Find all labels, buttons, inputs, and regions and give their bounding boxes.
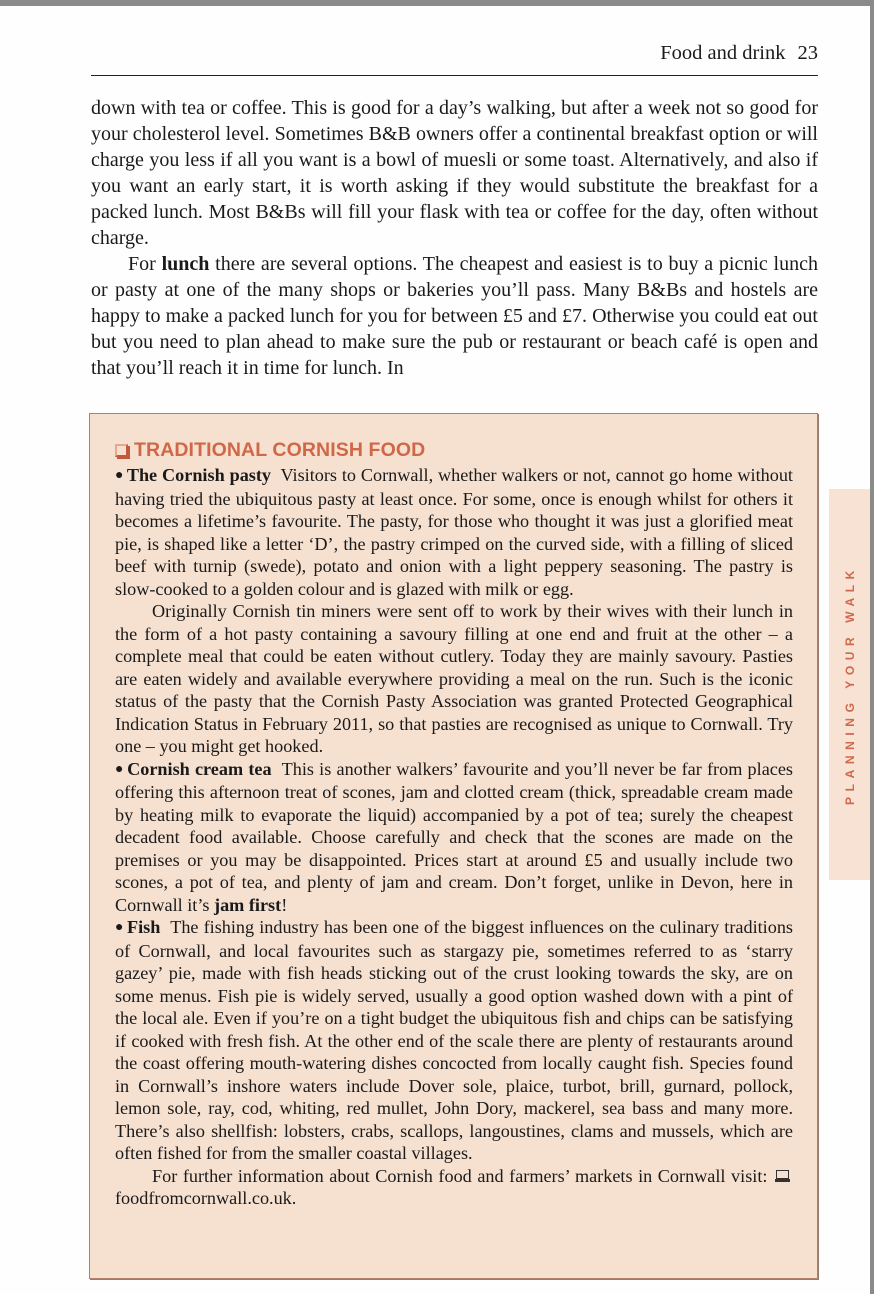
paragraph-lunch: For lunch there are several options. The… [91, 251, 818, 381]
entry-heading: The Cornish pasty [127, 465, 271, 485]
computer-icon [775, 1170, 790, 1183]
viewer-right-border [870, 0, 874, 1294]
lunch-bold: lunch [162, 253, 210, 275]
bullet-icon: ● [115, 762, 124, 777]
header-rule [91, 75, 818, 76]
main-body-text: down with tea or coffee. This is good fo… [91, 95, 818, 381]
entry-heading: Cornish cream tea [127, 759, 271, 779]
paragraph-breakfast: down with tea or coffee. This is good fo… [91, 95, 818, 251]
section-thumb-tab: PLANNING YOUR WALK [829, 489, 870, 880]
section-tab-label: PLANNING YOUR WALK [843, 565, 857, 805]
entry-fish: ●Fish The fishing industry has been one … [115, 916, 793, 1165]
entry-cornish-pasty: ●The Cornish pasty Visitors to Cornwall,… [115, 464, 793, 600]
bullet-icon: ● [115, 468, 124, 483]
running-header: Food and drink23 [91, 40, 818, 66]
page-number: 23 [798, 42, 819, 64]
box-title: TRADITIONAL CORNISH FOOD [115, 438, 793, 462]
entry-heading: Fish [127, 917, 160, 937]
entry-cornish-pasty-history: Originally Cornish tin miners were sent … [115, 600, 793, 758]
bullet-icon: ● [115, 920, 124, 935]
section-title: Food and drink [660, 42, 785, 64]
entry-cornish-cream-tea: ●Cornish cream tea This is another walke… [115, 758, 793, 917]
sidebar-box-traditional-cornish-food: TRADITIONAL CORNISH FOOD ●The Cornish pa… [89, 413, 818, 1279]
website-link[interactable]: foodfromcornwall.co.uk [115, 1188, 292, 1208]
further-information: For further information about Cornish fo… [115, 1165, 793, 1210]
jam-first-bold: jam first [214, 895, 281, 915]
square-box-icon [115, 444, 128, 457]
